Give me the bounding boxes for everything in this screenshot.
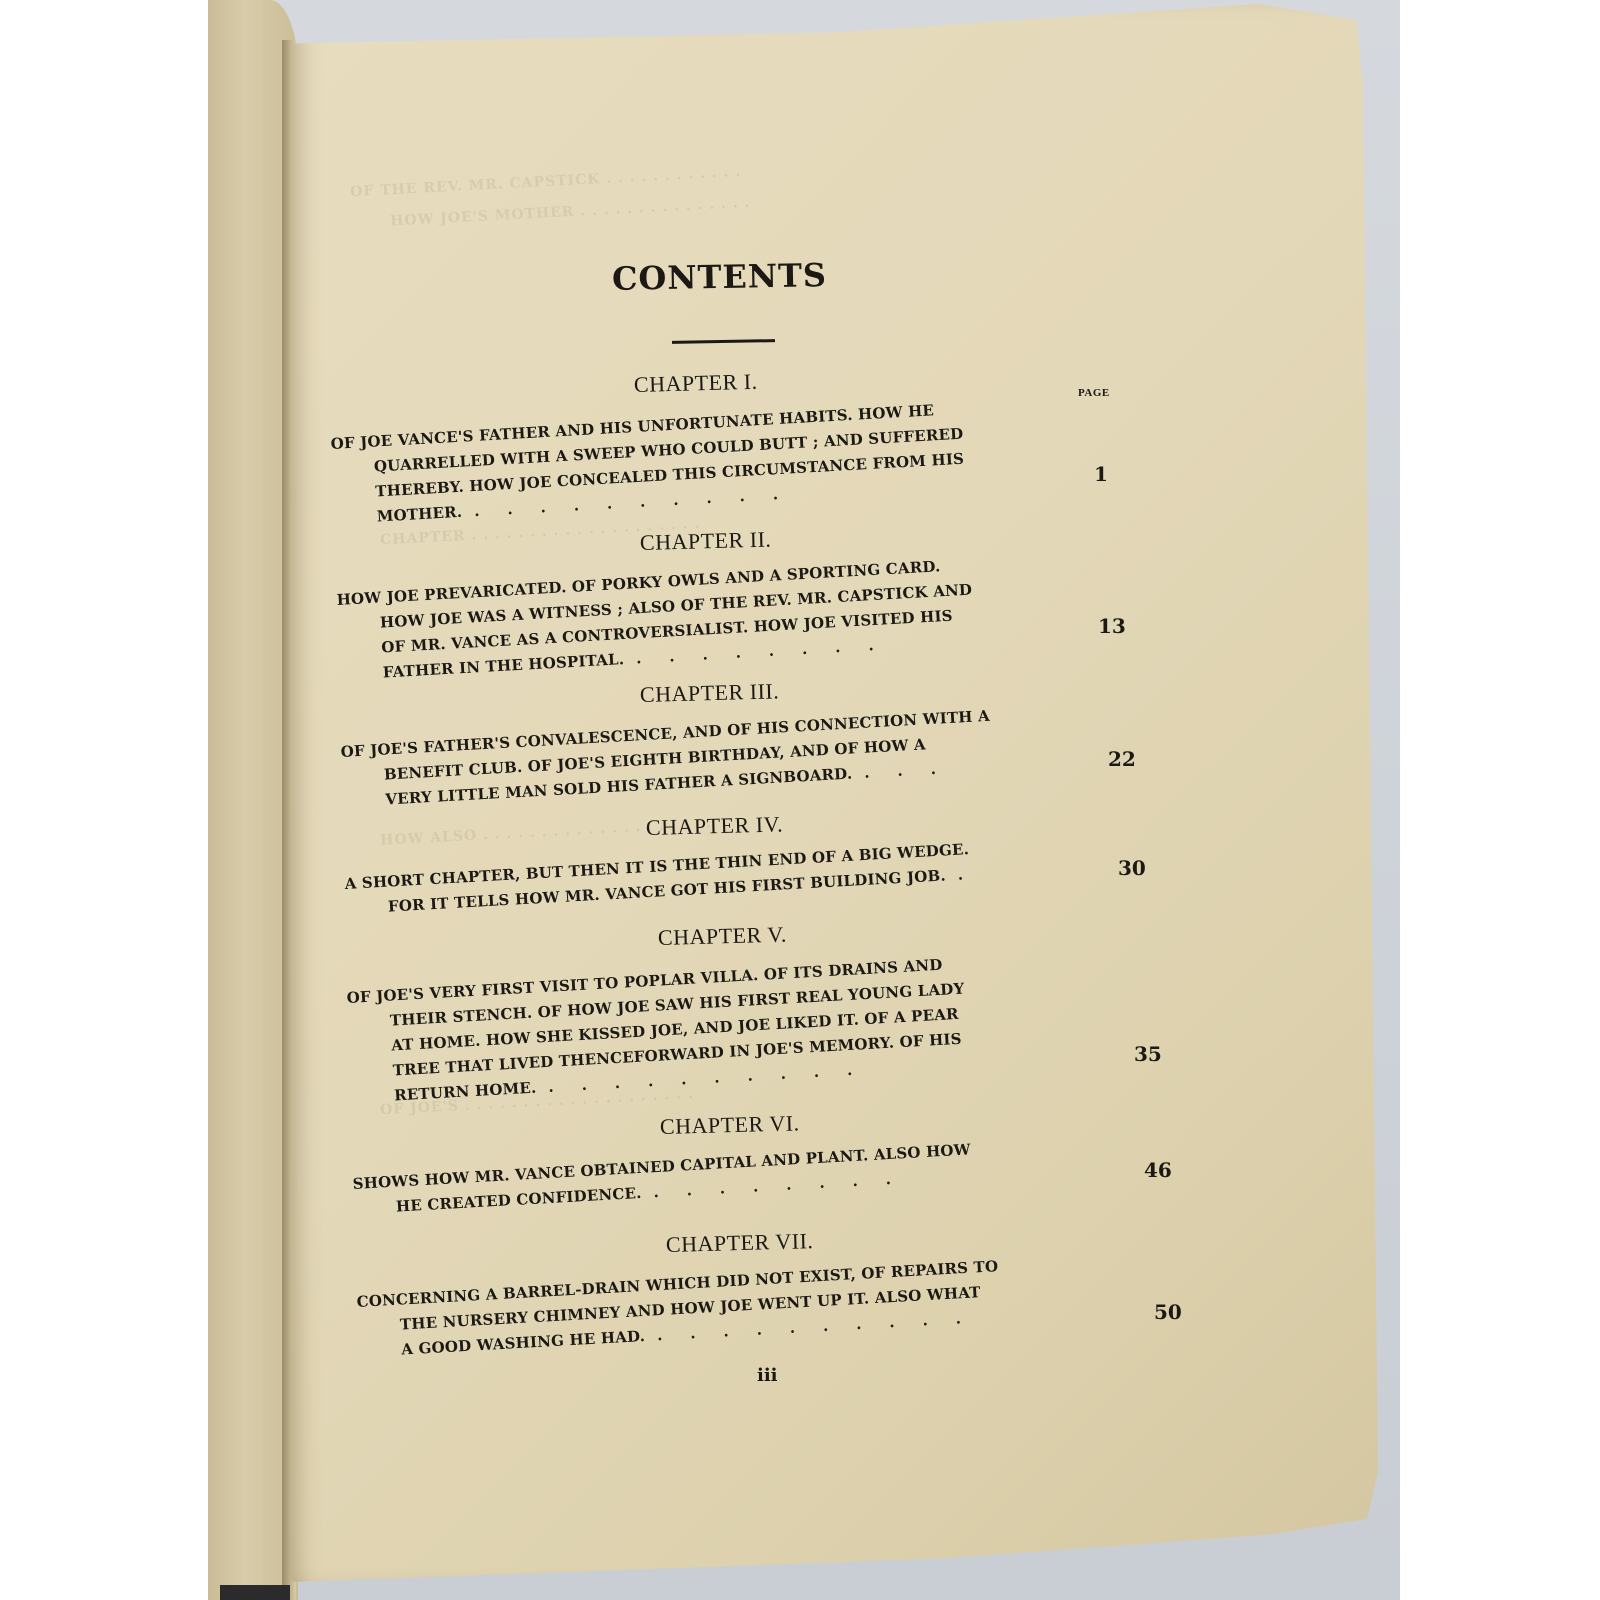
chapter-page-number: 46 (1144, 1158, 1172, 1182)
chapter-summary: CONCERNING A BARREL-DRAIN WHICH DID NOT … (356, 1249, 1099, 1365)
title-rule (672, 339, 775, 344)
chapter-summary: OF JOE'S VERY FIRST VISIT TO POPLAR VILL… (346, 945, 1092, 1111)
table-of-contents: CONTENTS PAGE CHAPTER I.OF JOE VANCE'S F… (0, 0, 1600, 1600)
chapter-page-number: 50 (1154, 1300, 1182, 1324)
chapter-page-number: 35 (1134, 1042, 1162, 1066)
leader-dots: . (945, 864, 991, 884)
chapter-page-number: 22 (1108, 747, 1136, 771)
chapter-heading: CHAPTER VI. (660, 1110, 800, 1140)
chapter-summary: OF JOE'S FATHER'S CONVALESCENCE, AND OF … (340, 699, 1083, 815)
page-folio: iii (757, 1365, 778, 1386)
chapter-page-number: 1 (1094, 462, 1108, 486)
chapter-page-number: 30 (1118, 856, 1146, 880)
leader-dots: ... (852, 758, 965, 782)
chapter-heading: CHAPTER II. (640, 527, 772, 556)
chapter-heading: CHAPTER VII. (666, 1228, 814, 1258)
chapter-heading: CHAPTER IV. (646, 811, 784, 841)
chapter-summary: OF JOE VANCE'S FATHER AND HIS UNFORTUNAT… (330, 391, 1074, 532)
chapter-summary: SHOWS HOW MR. VANCE OBTAINED CAPITAL AND… (352, 1131, 1094, 1222)
chapter-heading: CHAPTER V. (658, 922, 788, 951)
chapter-heading: CHAPTER I. (634, 369, 758, 398)
page-title: CONTENTS (612, 256, 828, 298)
page-column-label: PAGE (1078, 387, 1110, 399)
chapter-summary: HOW JOE PREVARICATED. OF PORKY OWLS AND … (336, 547, 1080, 688)
chapter-heading: CHAPTER III. (640, 678, 780, 708)
chapter-summary: A SHORT CHAPTER, BUT THEN IT IS THE THIN… (344, 831, 1086, 922)
chapter-page-number: 13 (1098, 614, 1126, 638)
